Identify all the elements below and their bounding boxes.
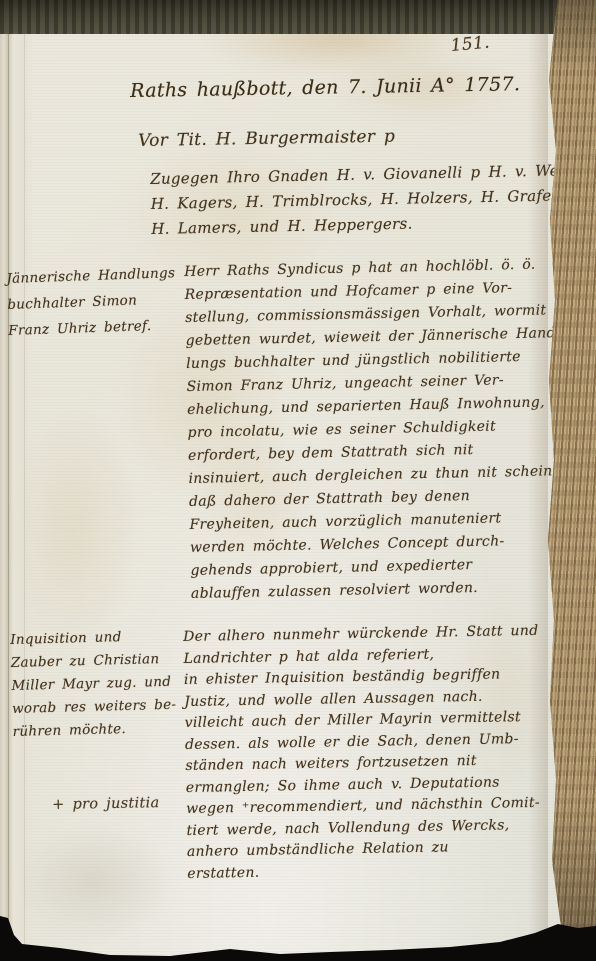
paper-stain bbox=[15, 825, 175, 940]
margin-annotation-pro-justitia: + pro justitia bbox=[52, 795, 160, 813]
page-edge-shadow bbox=[528, 0, 548, 948]
gutter-crease bbox=[8, 0, 9, 961]
handwritten-line: worab res weiters be- bbox=[12, 693, 188, 721]
attendees-list: Zugegen Ihro Gnaden H. v. Giovanelli p H… bbox=[150, 158, 579, 242]
body-text-entry-2: Der alhero nunmehr würckende Hr. Statt u… bbox=[183, 621, 557, 885]
manuscript-scan: 151. Raths haußbott, den 7. Junii A° 175… bbox=[0, 0, 596, 961]
book-top-edge bbox=[0, 0, 596, 34]
margin-note-entry-2: Inquisition undZauber zu ChristianMiller… bbox=[10, 624, 188, 744]
page-number: 151. bbox=[450, 33, 491, 56]
paper-stain bbox=[10, 410, 140, 650]
handwritten-line: rühren möchte. bbox=[12, 716, 188, 744]
body-text-entry-1: Herr Raths Syndicus p hat an hochlöbl. ö… bbox=[184, 253, 557, 606]
margin-note-entry-1: Jännerische Handlungsbuchhalter SimonFra… bbox=[6, 260, 187, 344]
